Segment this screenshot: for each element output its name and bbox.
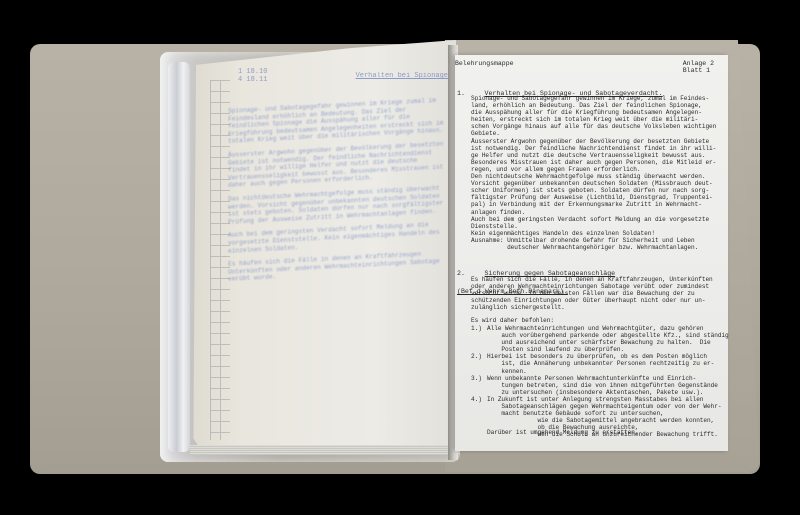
section-number: 1. [457, 90, 465, 97]
anlage-label: Anlage 2 [683, 60, 714, 67]
order-item-number: 4.) [471, 396, 487, 439]
order-item-number: 1.) [471, 325, 487, 353]
section-number: 2. [457, 270, 465, 277]
page-stack-edge [190, 445, 460, 455]
section-1-text: Spionage- und Sabotagegefahr gewinnen im… [471, 95, 716, 251]
order-item-text: Wenn unbekannte Personen Wehrmachtunterk… [487, 375, 718, 396]
left-page-title: Verhalten bei Spionage [356, 72, 448, 80]
section-2-intro: Es häufen sich die Fälle, in denen an Kr… [471, 276, 713, 311]
order-item: 1.) Alle Wehrmachteinrichtungen und Wehr… [471, 325, 729, 353]
order-item-text: Hierbei ist besonders zu überprüfen, ob … [487, 353, 714, 374]
folder-title: Belehrungsmappe [455, 60, 514, 67]
order-list: 1.) Alle Wehrmachteinrichtungen und Wehr… [471, 325, 729, 439]
left-page-faded-text: Spionage- und Sabotagegefahr gewinnen im… [228, 96, 448, 289]
left-page-header: 1 18.10 4 18.11 [238, 68, 267, 84]
page-reference: Anlage 2 Blatt 1 [683, 60, 714, 74]
left-page[interactable]: 1 18.10 4 18.11 Verhalten bei Spionage S… [188, 40, 456, 455]
order-item: 2.) Hierbei ist besonders zu überprüfen,… [471, 353, 729, 374]
right-page[interactable]: Belehrungsmappe Anlage 2 Blatt 1 1. Verh… [455, 55, 728, 451]
order-item-number: 2.) [471, 353, 487, 374]
blatt-label: Blatt 1 [683, 67, 714, 74]
order-item-text: Alle Wehrmachteinrichtungen und Wehrmach… [487, 325, 729, 353]
left-header-line: 4 18.11 [238, 76, 267, 84]
order-item-number: 3.) [471, 375, 487, 396]
order-lead: Es wird daher befohlen: [471, 317, 554, 324]
grid-margin [210, 80, 230, 440]
plastic-sleeve-edge [168, 62, 190, 452]
closing-instruction: Darüber ist umgehend Meldung zu erstatte… [487, 429, 639, 436]
left-header-line: 1 18.10 [238, 68, 267, 76]
order-item: 3.) Wenn unbekannte Personen Wehrmachtun… [471, 375, 729, 396]
